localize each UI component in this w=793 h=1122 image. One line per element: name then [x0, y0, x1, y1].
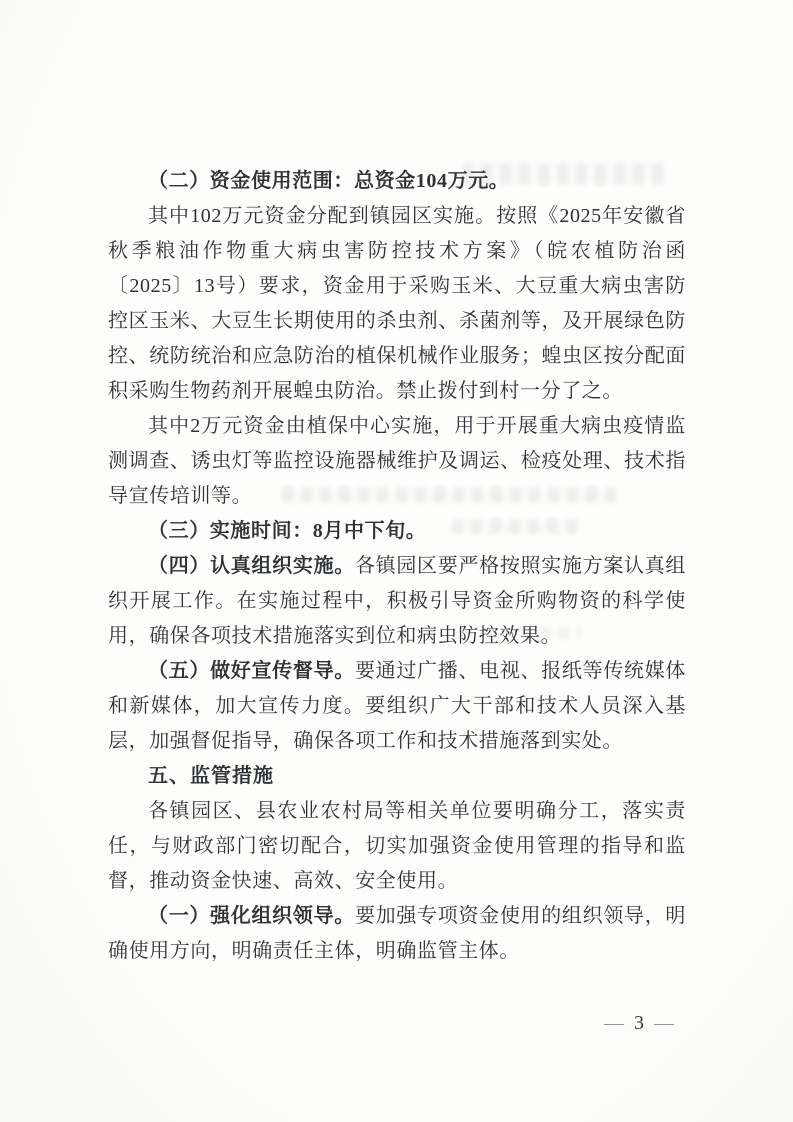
document-page: （二）资金使用范围：总资金104万元。 其中102万元资金分配到镇园区实施。按照… [0, 0, 793, 1122]
page-footer: —3— [594, 1008, 684, 1038]
para-lead: （一）强化组织领导。 [148, 905, 355, 927]
para-3-implementation-time: （三）实施时间：8月中下旬。 [108, 514, 686, 549]
para-lead: （二）资金使用范围：总资金104万元。 [148, 170, 509, 192]
heading-supervision-measures: 五、监管措施 [108, 759, 686, 794]
para-plant-protection-center: 其中2万元资金由植保中心实施，用于开展重大病虫疫情监测调查、诱虫灯等监控设施器械… [108, 409, 686, 514]
para-text: 各镇园区、县农业农村局等相关单位要明确分工，落实责任，与财政部门密切配合，切实加… [108, 800, 686, 892]
para-lead: （五）做好宣传督导。 [148, 660, 355, 682]
footer-dash-left: — [604, 1012, 624, 1034]
para-division-of-labor: 各镇园区、县农业农村局等相关单位要明确分工，落实责任，与财政部门密切配合，切实加… [108, 794, 686, 899]
para-5-publicity-supervision: （五）做好宣传督导。要通过广播、电视、报纸等传统媒体和新媒体，加大宣传力度。要组… [108, 654, 686, 759]
page-number: 3 [634, 1012, 644, 1034]
para-text: 其中102万元资金分配到镇园区实施。按照《2025年安徽省秋季粮油作物重大病虫害… [108, 205, 686, 402]
para-lead: （三）实施时间：8月中下旬。 [148, 520, 426, 542]
para-4-organize-implementation: （四）认真组织实施。各镇园区要严格按照实施方案认真组织开展工作。在实施过程中，积… [108, 549, 686, 654]
document-body: （二）资金使用范围：总资金104万元。 其中102万元资金分配到镇园区实施。按照… [108, 164, 686, 969]
para-text: 其中2万元资金由植保中心实施，用于开展重大病虫疫情监测调查、诱虫灯等监控设施器械… [108, 415, 686, 507]
para-2-funding-scope: （二）资金使用范围：总资金104万元。 [108, 164, 686, 199]
para-lead: （四）认真组织实施。 [148, 555, 355, 577]
para-funding-allocation: 其中102万元资金分配到镇园区实施。按照《2025年安徽省秋季粮油作物重大病虫害… [108, 199, 686, 409]
para-1-strengthen-leadership: （一）强化组织领导。要加强专项资金使用的组织领导，明确使用方向，明确责任主体，明… [108, 899, 686, 969]
section-heading-text: 五、监管措施 [148, 765, 274, 787]
footer-dash-right: — [654, 1012, 674, 1034]
